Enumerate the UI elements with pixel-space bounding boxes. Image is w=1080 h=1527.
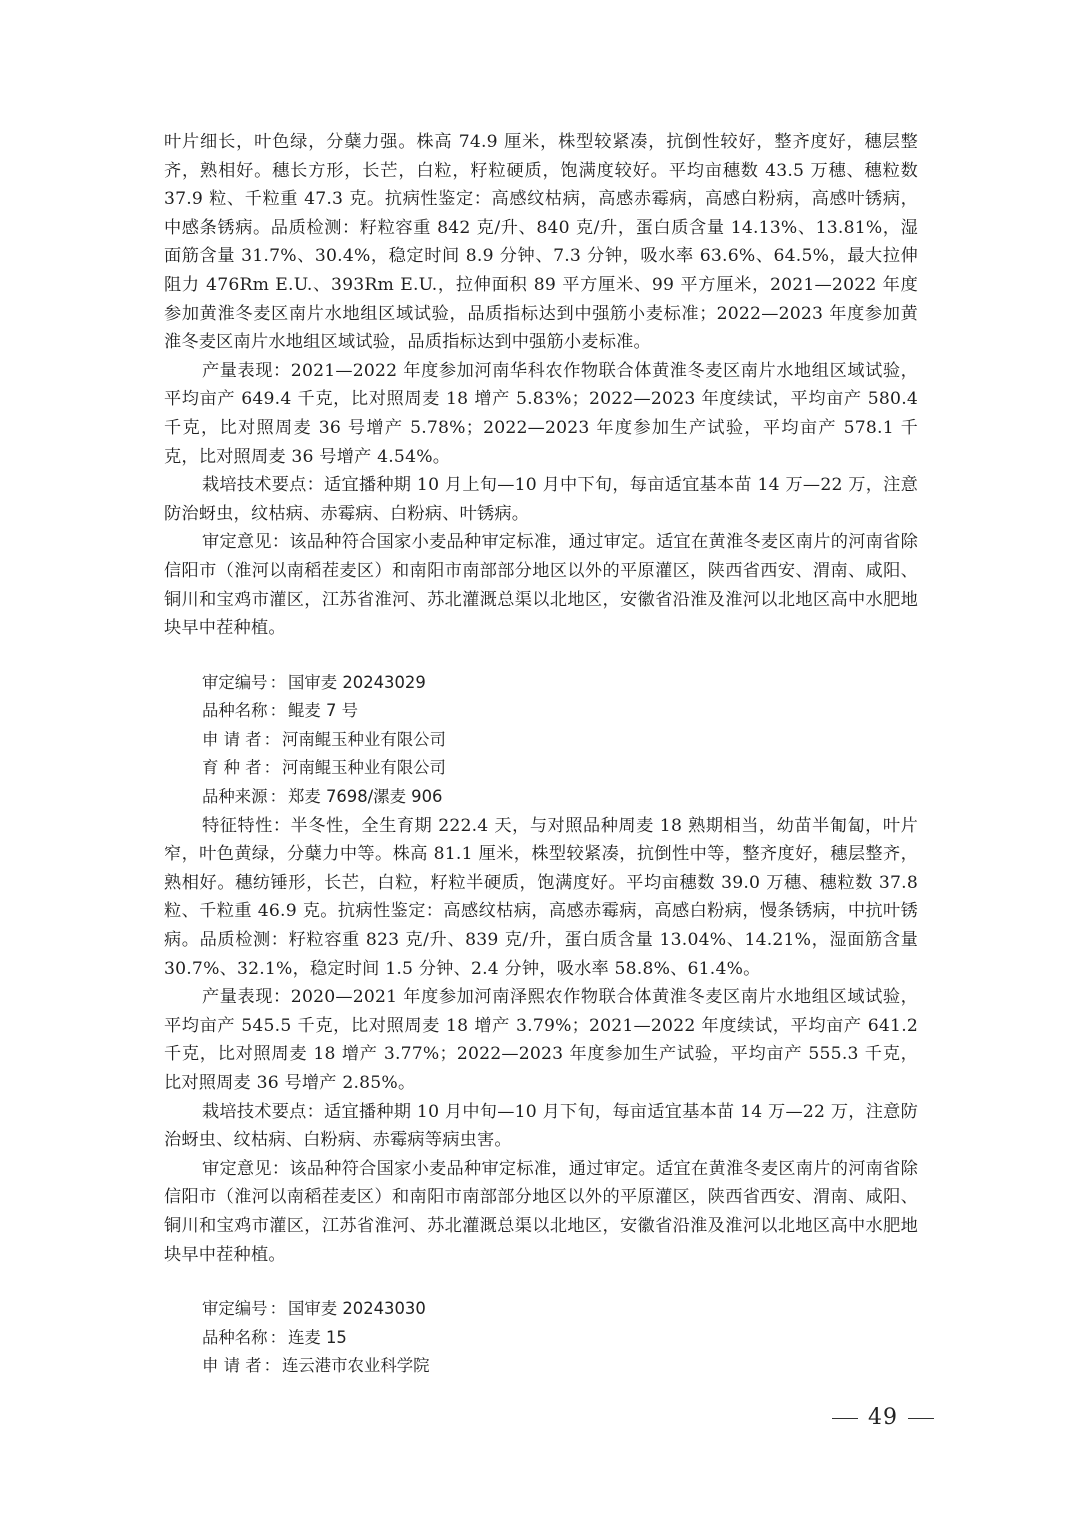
yield-paragraph: 产量表现：2020—2021 年度参加河南泽熙农作物联合体黄淮冬麦区南片水地组区… [164,983,918,1097]
meta-label: 品种来源 [202,783,268,812]
meta-separator: ： [270,783,286,812]
meta-value: 国审麦 20243029 [288,673,426,692]
approval-number-line: 审定编号：国审麦 20243030 [164,1295,918,1324]
meta-label: 审定编号 [202,1295,268,1324]
document-page: 叶片细长，叶色绿，分蘖力强。株高 74.9 厘米，株型较紧凑，抗倒性较好，整齐度… [164,128,918,1381]
continued-variety-section: 叶片细长，叶色绿，分蘖力强。株高 74.9 厘米，株型较紧凑，抗倒性较好，整齐度… [164,128,918,643]
meta-separator: ： [270,1324,286,1353]
meta-value: 郑麦 7698/漯麦 906 [288,787,443,806]
meta-separator: ： [264,754,280,783]
traits-paragraph-continued: 叶片细长，叶色绿，分蘖力强。株高 74.9 厘米，株型较紧凑，抗倒性较好，整齐度… [164,128,918,357]
meta-label: 审定编号 [202,669,268,698]
variety-name-line: 品种名称：鲲麦 7 号 [164,697,918,726]
applicant-line: 申 请 者：河南鲲玉种业有限公司 [164,726,918,755]
variety-source-line: 品种来源：郑麦 7698/漯麦 906 [164,783,918,812]
meta-value: 国审麦 20243030 [288,1299,426,1318]
meta-value: 连麦 15 [288,1328,347,1347]
traits-paragraph: 特征特性：半冬性，全生育期 222.4 天，与对照品种周麦 18 熟期相当，幼苗… [164,812,918,984]
cultivation-paragraph: 栽培技术要点：适宜播种期 10 月中旬—10 月下旬，每亩适宜基本苗 14 万—… [164,1098,918,1155]
variety-section-20243030: 审定编号：国审麦 20243030 品种名称：连麦 15 申 请 者：连云港市农… [164,1295,918,1381]
meta-label: 品种名称 [202,1324,268,1353]
page-number: 49 [822,1405,944,1430]
meta-value: 连云港市农业科学院 [282,1356,430,1375]
approval-number-line: 审定编号：国审麦 20243029 [164,669,918,698]
meta-value: 鲲麦 7 号 [288,701,358,720]
variety-section-20243029: 审定编号：国审麦 20243029 品种名称：鲲麦 7 号 申 请 者：河南鲲玉… [164,669,918,1269]
meta-separator: ： [270,1295,286,1324]
variety-meta: 审定编号：国审麦 20243029 品种名称：鲲麦 7 号 申 请 者：河南鲲玉… [164,669,918,812]
meta-label: 申 请 者 [202,1352,262,1381]
dash-right [908,1418,934,1419]
dash-left [832,1418,858,1419]
cultivation-paragraph: 栽培技术要点：适宜播种期 10 月上旬—10 月中下旬，每亩适宜基本苗 14 万… [164,471,918,528]
applicant-line: 申 请 者：连云港市农业科学院 [164,1352,918,1381]
meta-value: 河南鲲玉种业有限公司 [282,730,446,749]
approval-opinion-paragraph: 审定意见：该品种符合国家小麦品种审定标准，通过审定。适宜在黄淮冬麦区南片的河南省… [164,528,918,642]
variety-meta: 审定编号：国审麦 20243030 品种名称：连麦 15 申 请 者：连云港市农… [164,1295,918,1381]
meta-separator: ： [264,726,280,755]
meta-separator: ： [270,697,286,726]
page-number-value: 49 [868,1405,898,1430]
yield-paragraph: 产量表现：2021—2022 年度参加河南华科农作物联合体黄淮冬麦区南片水地组区… [164,357,918,471]
meta-label: 育 种 者 [202,754,262,783]
meta-separator: ： [270,669,286,698]
meta-value: 河南鲲玉种业有限公司 [282,758,446,777]
variety-name-line: 品种名称：连麦 15 [164,1324,918,1353]
meta-separator: ： [264,1352,280,1381]
breeder-line: 育 种 者：河南鲲玉种业有限公司 [164,754,918,783]
meta-label: 申 请 者 [202,726,262,755]
approval-opinion-paragraph: 审定意见：该品种符合国家小麦品种审定标准，通过审定。适宜在黄淮冬麦区南片的河南省… [164,1155,918,1269]
meta-label: 品种名称 [202,697,268,726]
